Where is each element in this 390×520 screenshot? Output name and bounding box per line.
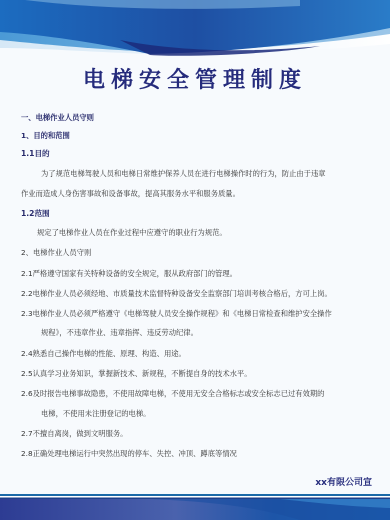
rule-item: 2.7不擅自离岗，做到文明服务。: [21, 429, 127, 439]
rule-item: 2.5认真学习业务知识，掌握新技术、新规程，不断提自身的技术水平。: [21, 369, 252, 379]
paragraph-line: 作业而造成人身伤害事故和设备事故，提高其服务水平和服务质量。: [21, 189, 240, 199]
section-heading: 一、电梯作业人员守则: [21, 113, 94, 123]
rule-item: 2.8正确处理电梯运行中突然出现的停车、失控、冲顶、蹲底等情况: [21, 449, 237, 459]
footer-wave-decoration: [0, 490, 390, 520]
company-signature: xx有限公司宣: [315, 477, 372, 489]
subsection-heading: 1.1目的: [21, 149, 50, 159]
rule-item: 2.1严格遵守国家有关特种设备的安全规定，服从政府部门的管理。: [21, 269, 237, 279]
rule-item: 2.3电梯作业人员必须严格遵守《电梯驾驶人员安全操作规程》和《电梯日常检查和维护…: [21, 309, 332, 319]
rule-item: 2.4熟悉自己操作电梯的性能、原理、构造、用途。: [21, 349, 186, 359]
rule-item: 2.2电梯作业人员必须经地、市质量技术监督特种设备安全监察部门培训考核合格后，方…: [21, 289, 332, 299]
section-heading: 2、电梯作业人员守则: [21, 248, 91, 258]
header-wave-decoration: [0, 0, 390, 60]
paragraph-line: 为了规范电梯驾驶人员和电梯日常维护保养人员在进行电梯操作时的行为，防止由于违章: [41, 169, 326, 179]
rule-item-continuation: 规程》，不违章作业、违章指挥、违反劳动纪律。: [41, 328, 198, 338]
page-title: 电梯安全管理制度: [0, 66, 390, 96]
rule-item-continuation: 电梯，不使用未注册登记的电梯。: [41, 409, 150, 419]
subsection-heading: 1、目的和范围: [21, 131, 70, 141]
subsection-heading: 1.2范围: [21, 209, 50, 219]
rule-item: 2.6及时报告电梯事故隐患，不使用故障电梯，不使用无安全合格标志或安全标志已过有…: [21, 389, 324, 399]
paragraph-line: 规定了电梯作业人员在作业过程中应遵守的职业行为规范。: [37, 228, 227, 238]
